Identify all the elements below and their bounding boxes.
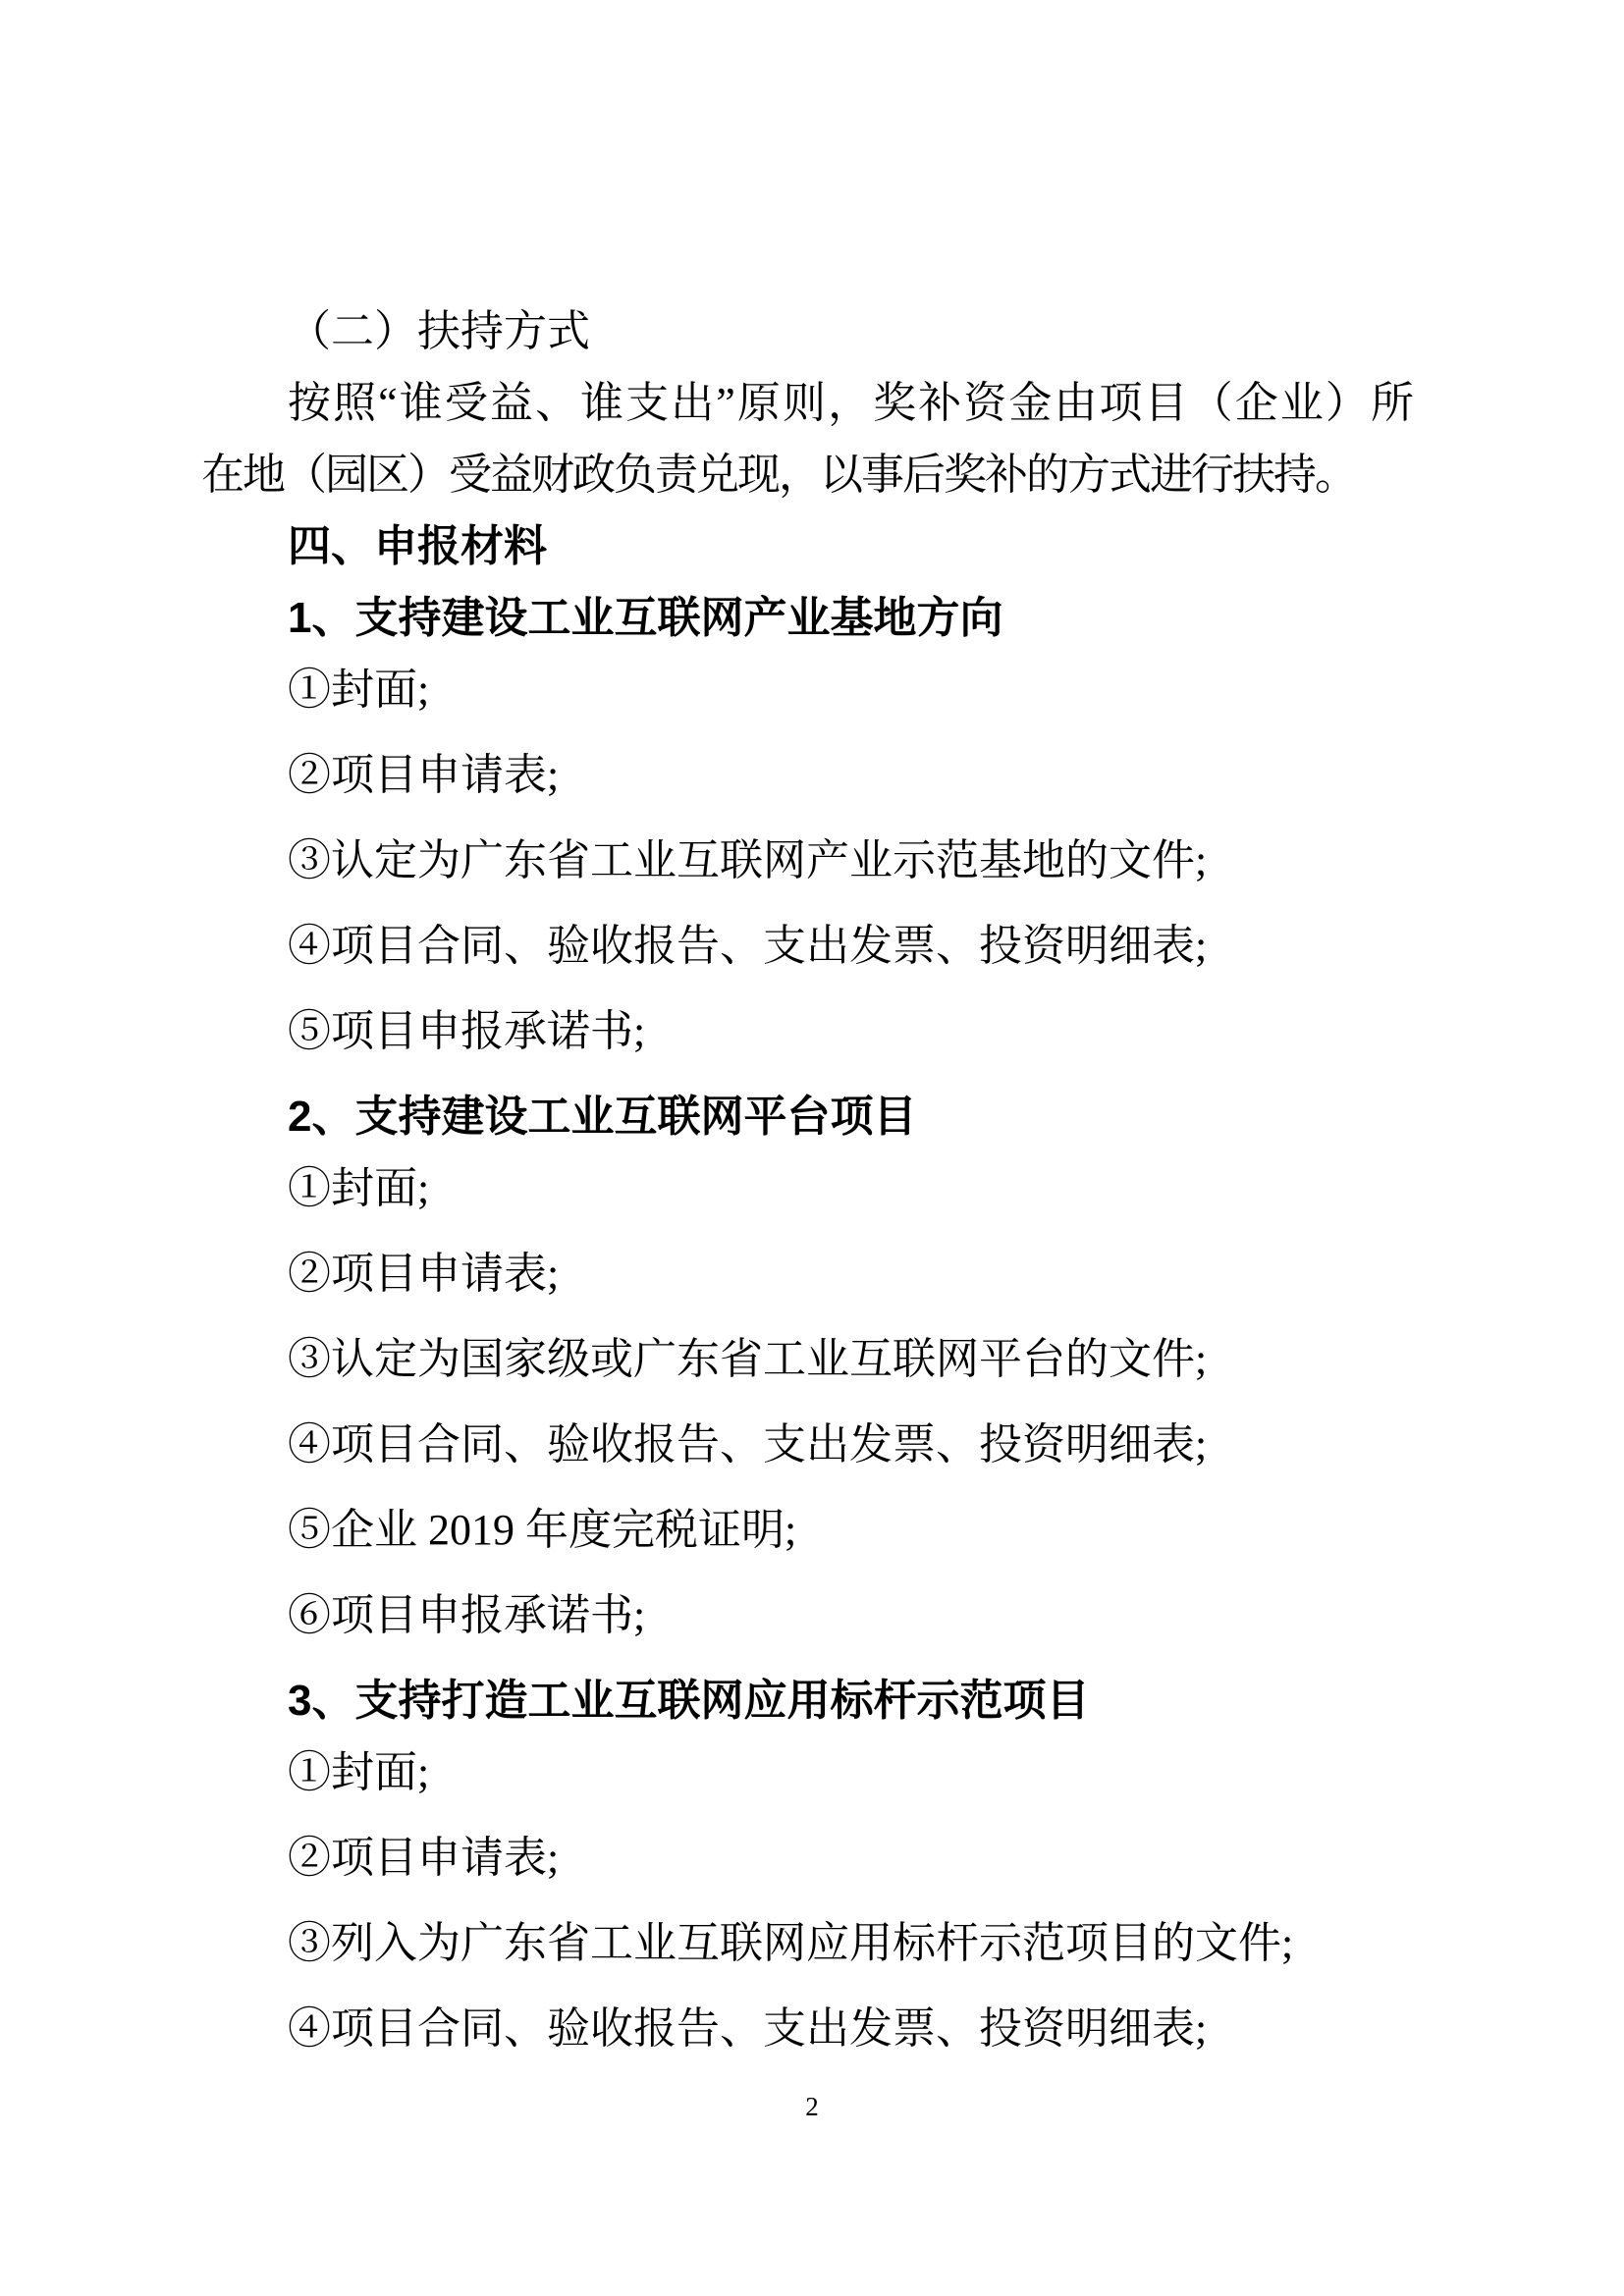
numbered-item: ④项目合同、验收报告、支出发票、投资明细表;: [201, 1993, 1414, 2064]
numbered-item: ④项目合同、验收报告、支出发票、投资明细表;: [201, 910, 1414, 982]
numbered-item: ②项目申请表;: [201, 739, 1414, 811]
body-line: 按照“谁受益、谁支出”原则，奖补资金由项目（企业）所: [201, 367, 1414, 439]
numbered-item: ④项目合同、验收报告、支出发票、投资明细表;: [201, 1409, 1414, 1480]
numbered-item: ②项目申请表;: [201, 1238, 1414, 1309]
numbered-item: ⑤企业 2019 年度完税证明;: [201, 1494, 1414, 1566]
numbered-item: ③认定为国家级或广东省工业互联网平台的文件;: [201, 1323, 1414, 1395]
item-group-heading: 3、支持打造工业互联网应用标杆示范项目: [201, 1665, 1414, 1736]
page-number: 2: [0, 2091, 1624, 2122]
document-page: （二）扶持方式 按照“谁受益、谁支出”原则，奖补资金由项目（企业）所 在地（园区…: [0, 0, 1624, 2296]
numbered-item: ①封面;: [201, 1736, 1414, 1808]
item-group-heading: 2、支持建设工业互联网平台项目: [201, 1081, 1414, 1152]
section-heading: 四、申报材料: [201, 510, 1414, 582]
numbered-item: ②项目申请表;: [201, 1822, 1414, 1894]
numbered-item: ①封面;: [201, 1152, 1414, 1224]
subsection-heading: （二）扶持方式: [201, 295, 1414, 367]
numbered-item: ③列入为广东省工业互联网应用标杆示范项目的文件;: [201, 1907, 1414, 1979]
item-group-heading: 1、支持建设工业互联网产业基地方向: [201, 582, 1414, 654]
numbered-item: ⑤项目申报承诺书;: [201, 995, 1414, 1067]
numbered-item: ③认定为广东省工业互联网产业示范基地的文件;: [201, 825, 1414, 896]
numbered-item: ①封面;: [201, 654, 1414, 725]
numbered-item: ⑥项目申报承诺书;: [201, 1579, 1414, 1651]
body-line: 在地（园区）受益财政负责兑现，以事后奖补的方式进行扶持。: [201, 439, 1414, 510]
